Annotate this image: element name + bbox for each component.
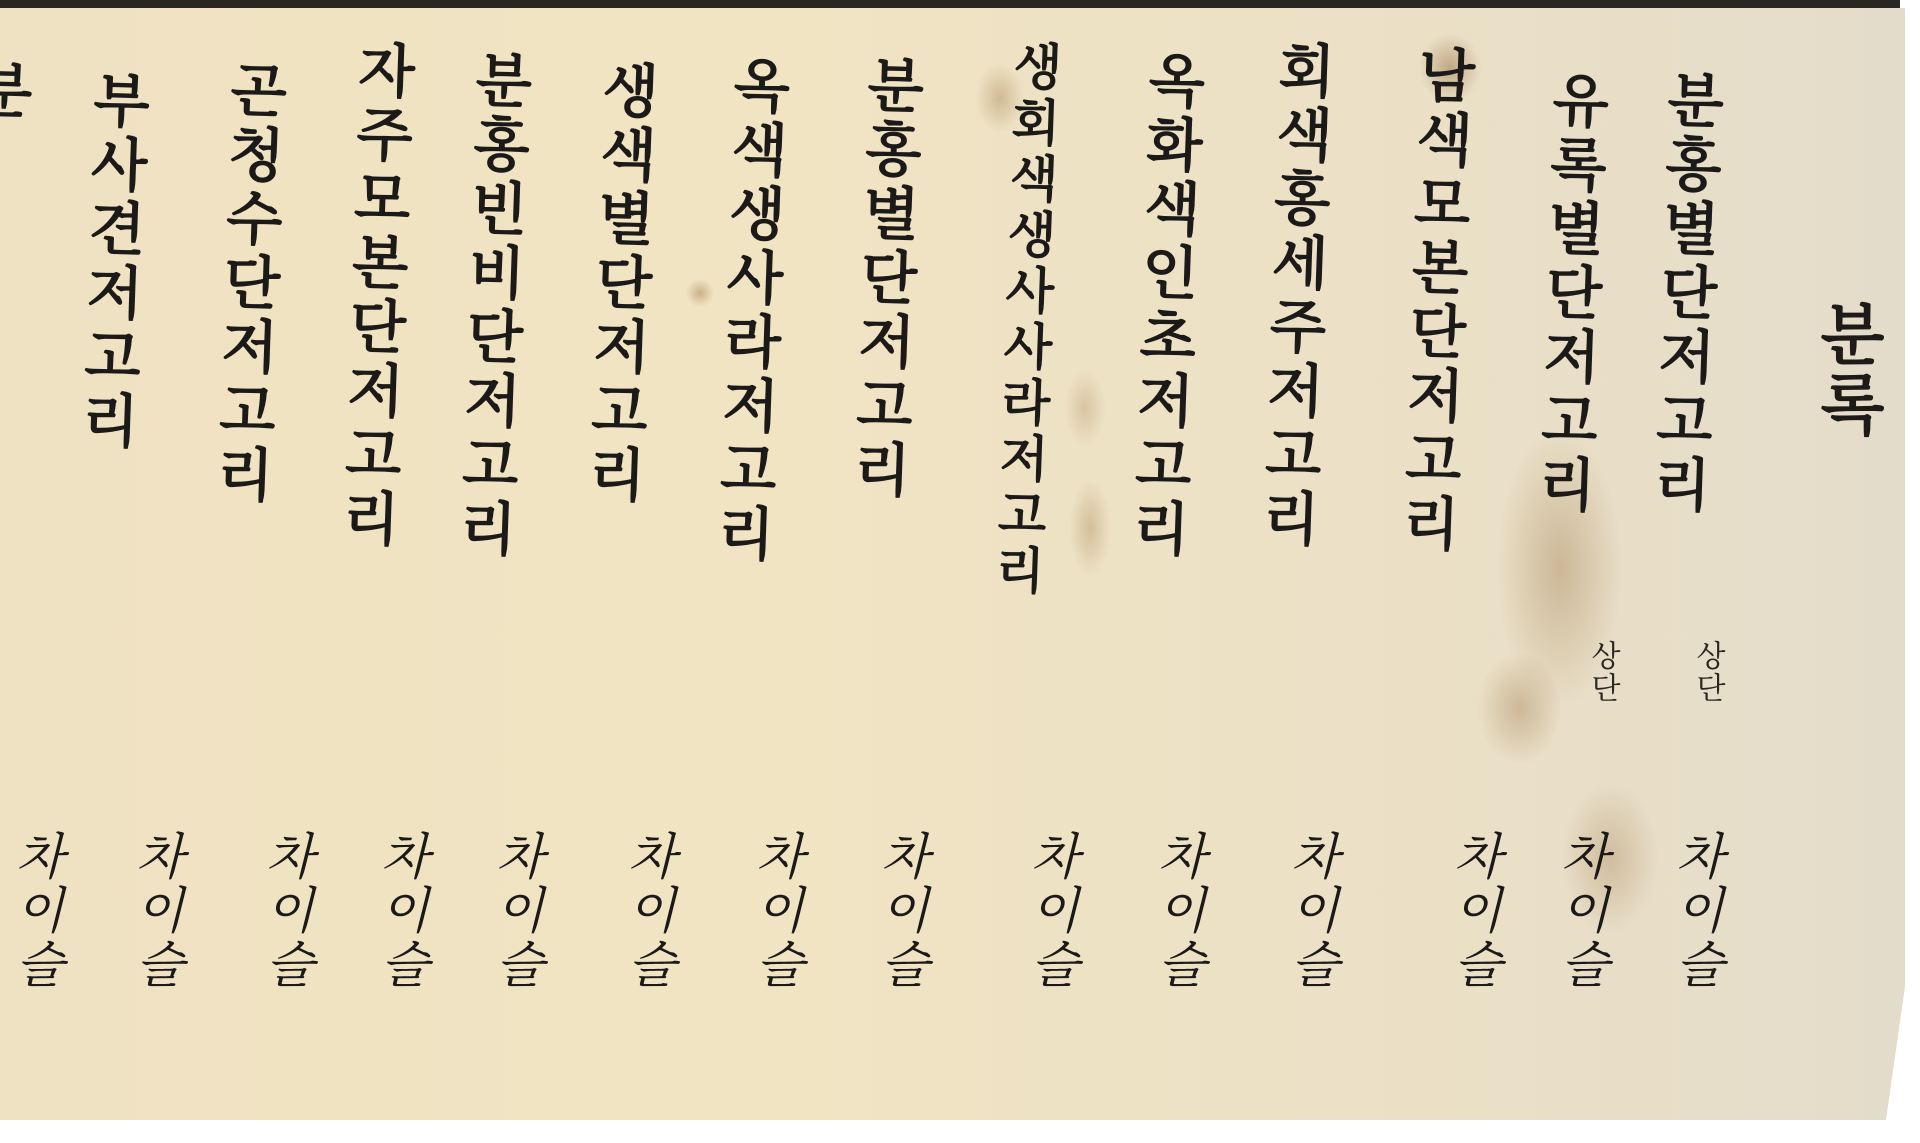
entry-qty: 차이슬 xyxy=(865,830,937,992)
entry-qty: 차이슬 xyxy=(1660,830,1732,992)
entry-item: 분홍별단저고리 xyxy=(1647,69,1721,519)
entry-item: 남색모본단저고리 xyxy=(1396,44,1472,558)
entry-item: 옥화색인초저고리 xyxy=(1126,49,1202,563)
entry-qty: 차이슬 xyxy=(1545,830,1617,992)
entry-note: 상단 xyxy=(1580,640,1624,704)
entry-qty: 차이슬 xyxy=(612,830,684,992)
entry-qty: 차이슬 xyxy=(480,830,552,992)
entry-item: 분홍빈비단저고리 xyxy=(453,49,529,563)
entry-qty: 차이슬 xyxy=(0,830,72,992)
entry-qty: 차이슬 xyxy=(1275,830,1347,992)
entry-qty: 차이슬 xyxy=(1438,830,1510,992)
entry-item: 회색홍세주저고리 xyxy=(1256,39,1332,553)
entry-qty: 차이슬 xyxy=(120,830,192,992)
entry-item: 곤청수단저고리 xyxy=(210,59,284,509)
entry-item-partial: 분 xyxy=(0,59,29,125)
entry-note: 상단 xyxy=(1685,640,1729,704)
document-title: 분록 xyxy=(1800,300,1895,440)
entry-qty: 차이슬 xyxy=(740,830,812,992)
entry-item: 자주모본단저고리 xyxy=(336,39,412,553)
entry-qty: 차이슬 xyxy=(1142,830,1214,992)
entry-qty: 차이슬 xyxy=(250,830,322,992)
entry-qty: 차이슬 xyxy=(1015,830,1087,992)
entry-item: 분홍별단저고리 xyxy=(847,54,921,504)
entry-qty: 차이슬 xyxy=(365,830,437,992)
entry-item: 유록별단저고리 xyxy=(1532,69,1606,519)
entry-item: 부사견저고리 xyxy=(75,69,146,455)
entry-item: 옥색생사라저고리 xyxy=(711,54,787,568)
entry-item: 생색별단저고리 xyxy=(582,59,656,509)
